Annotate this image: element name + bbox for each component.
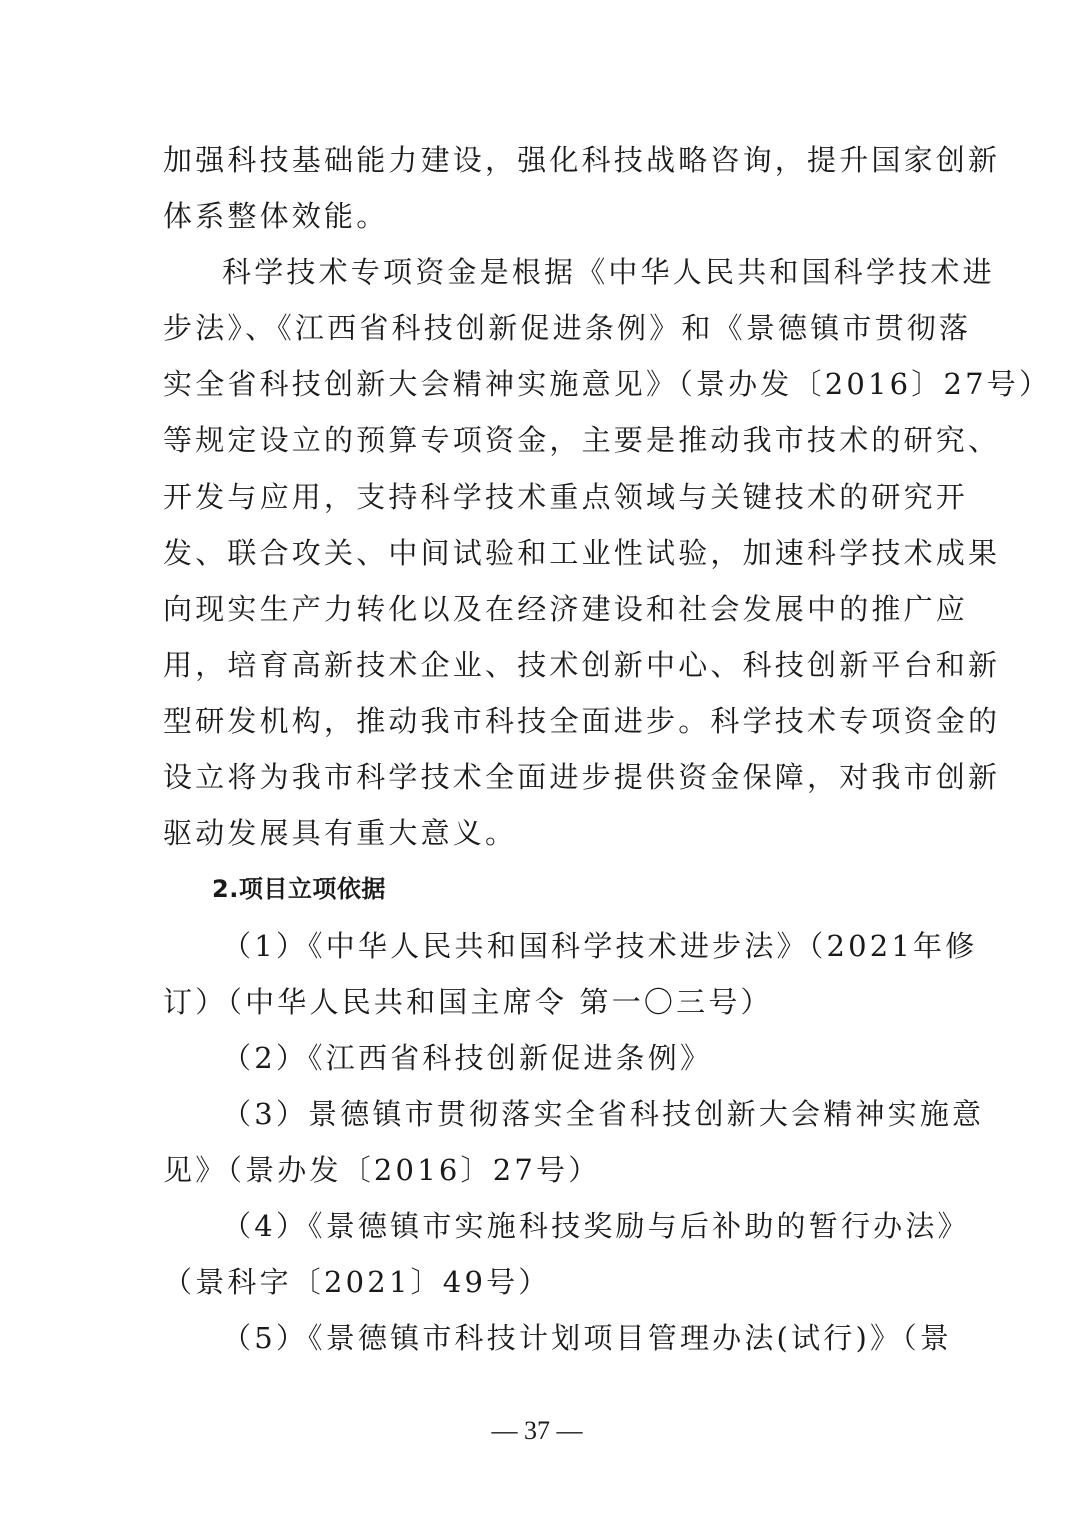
text-line: 步法》、《江西省科技创新促进条例》和《景德镇市贯彻落 xyxy=(163,308,913,348)
text-line: 驱动发展具有重大意义。 xyxy=(163,813,913,853)
text-line: 设立将为我市科学技术全面进步提供资金保障，对我市创新 xyxy=(163,757,913,797)
section-heading: 2.项目立项依据 xyxy=(212,869,386,909)
text-line: 体系整体效能。 xyxy=(163,196,913,236)
basis-item-line: （4）《景德镇市实施科技奖励与后补助的暂行办法》 xyxy=(222,1206,913,1246)
text-line: 开发与应用，支持科学技术重点领域与关键技术的研究开 xyxy=(163,477,913,517)
text-line: 发、联合攻关、中间试验和工业性试验，加速科学技术成果 xyxy=(163,533,913,573)
text-line: 向现实生产力转化以及在经济建设和社会发展中的推广应 xyxy=(163,589,913,629)
basis-item-line: （1）《中华人民共和国科学技术进步法》（2021年修 xyxy=(222,926,913,966)
text-line: 用，培育高新技术企业、技术创新中心、科技创新平台和新 xyxy=(163,645,913,685)
text-line: 实全省科技创新大会精神实施意见》（景办发〔2016〕27号） xyxy=(163,364,913,404)
basis-item-line: （5）《景德镇市科技计划项目管理办法(试行)》（景 xyxy=(222,1318,913,1358)
basis-item-line: （景科字〔2021〕49号） xyxy=(163,1262,913,1302)
basis-item-line: （3）景德镇市贯彻落实全省科技创新大会精神实施意 xyxy=(222,1094,913,1134)
page-number: — 37 — xyxy=(0,1413,1074,1449)
basis-item-line: （2）《江西省科技创新促进条例》 xyxy=(222,1038,913,1078)
basis-item-line: 见》（景办发〔2016〕27号） xyxy=(163,1150,913,1190)
text-line: 型研发机构，推动我市科技全面进步。科学技术专项资金的 xyxy=(163,701,913,741)
basis-item-line: 订）（中华人民共和国主席令 第一〇三号） xyxy=(163,982,913,1022)
text-line: 科学技术专项资金是根据《中华人民共和国科学技术进 xyxy=(222,252,913,292)
text-line: 加强科技基础能力建设，强化科技战略咨询，提升国家创新 xyxy=(163,140,913,180)
text-line: 等规定设立的预算专项资金，主要是推动我市技术的研究、 xyxy=(163,420,913,460)
